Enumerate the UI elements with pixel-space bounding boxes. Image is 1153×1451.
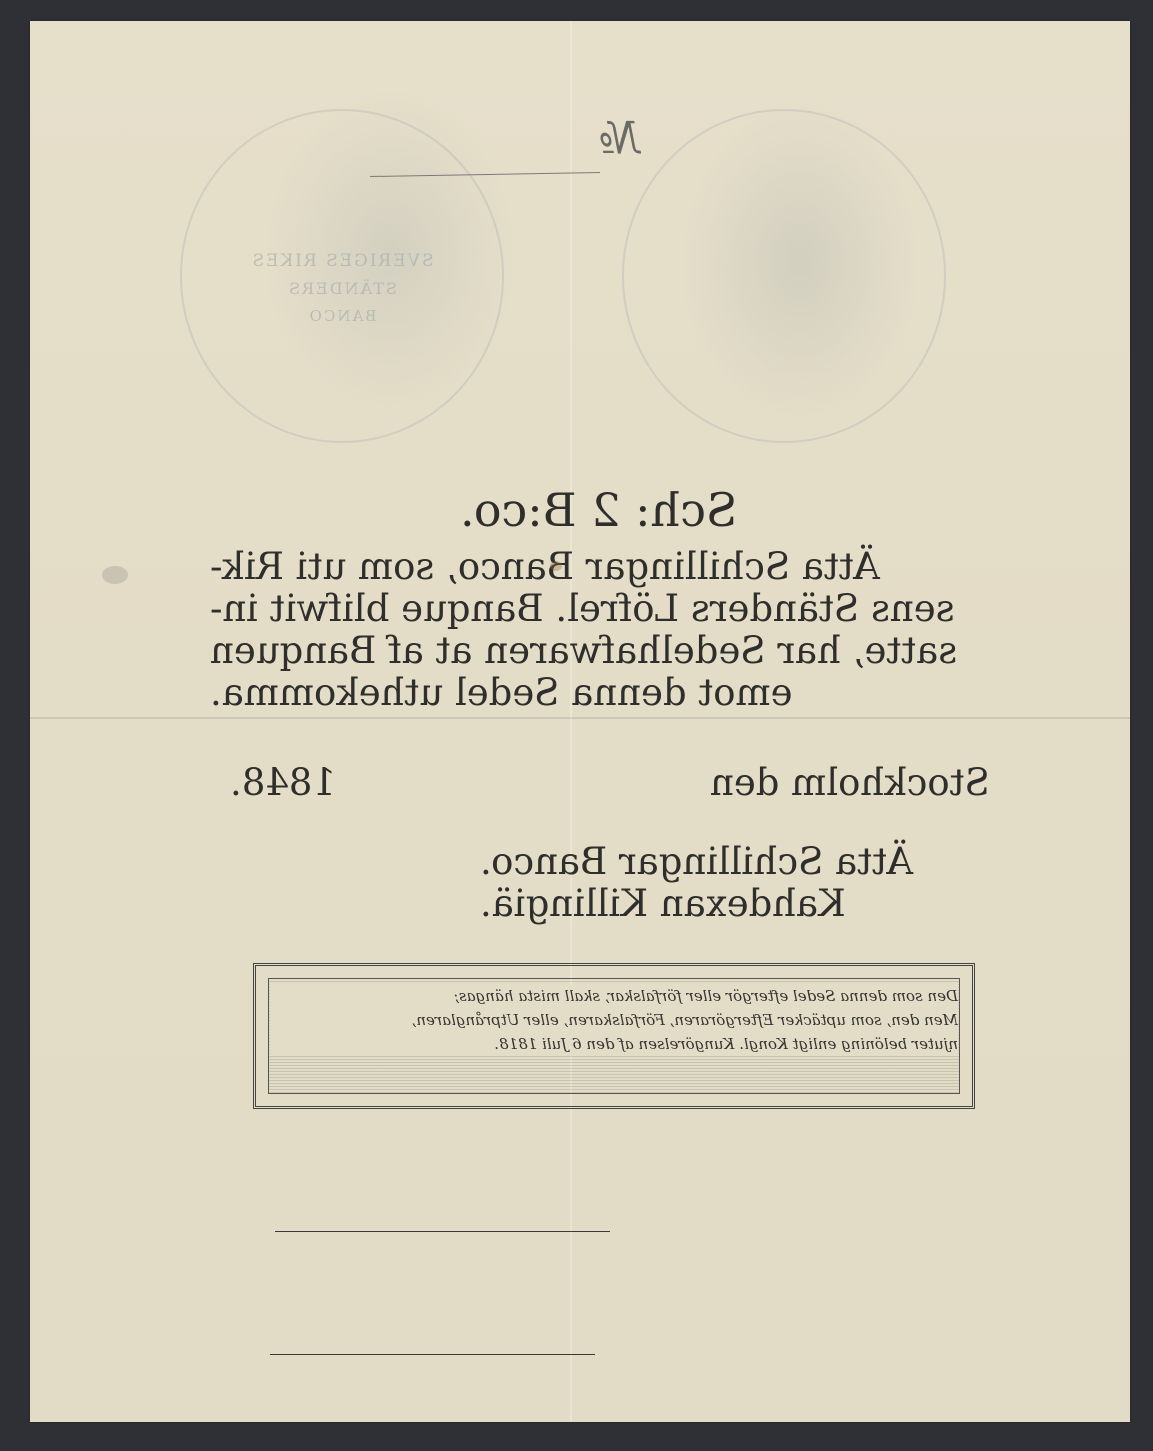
promise-text-line: sens Ständers Löfrel. Banque blifwit in- (210, 588, 990, 630)
promise-text: Ätta Schillingar Banco, som uti Rik- sen… (210, 546, 990, 714)
issue-city: Stockholm den (710, 761, 990, 804)
horizontal-fold-crease (30, 717, 1130, 719)
counterfeit-warning-box: Den som denna Sedel eftergör eller förfa… (253, 963, 975, 1109)
warning-text-line: Den som denna Sedel eftergör eller förfa… (270, 984, 958, 1008)
promise-text-line: Ätta Schillingar Banco, som uti Rik- (210, 546, 990, 588)
promise-text-line: emot denna Sedel uthekomma. (210, 672, 990, 714)
seal-text-line: BANCO (182, 307, 502, 325)
stain-spot (550, 561, 562, 571)
seal-text-line: STÄNDERS (182, 279, 502, 298)
ink-smudge (102, 566, 128, 584)
signature-line-2 (270, 1354, 595, 1355)
promise-text-line: satte, har Sedelhafwaren at af Banquen (210, 630, 990, 672)
denomination-heading: Sch: 2 B:co. (460, 483, 737, 537)
serial-number-mark: № (598, 113, 640, 164)
banknote-paper: SVERIGES RIKES STÄNDERS BANCO № Sch: 2 B… (30, 21, 1130, 1422)
seal-text-line: SVERIGES RIKES (182, 251, 502, 271)
amount-in-words: Ätta Schillingar Banco. Kahdexan Killing… (480, 841, 990, 925)
warning-text: Den som denna Sedel eftergör eller förfa… (270, 984, 958, 1056)
signature-line-1 (275, 1231, 610, 1232)
date-row: 1848. Stockholm den (230, 761, 990, 811)
embossed-seal-right (622, 109, 946, 443)
embossed-seal-left: SVERIGES RIKES STÄNDERS BANCO (180, 109, 504, 443)
issue-year: 1848. (230, 761, 336, 804)
warning-text-line: njuter belöning enligt Kongl. Kungörelse… (270, 1032, 958, 1056)
vertical-fold-crease (570, 21, 572, 1422)
amount-swedish: Ätta Schillingar Banco. (480, 841, 990, 883)
warning-text-line: Men den, som uptäcker Eftergöraren, Förf… (270, 1008, 958, 1032)
amount-finnish: Kahdexan Killingiä. (480, 883, 990, 925)
